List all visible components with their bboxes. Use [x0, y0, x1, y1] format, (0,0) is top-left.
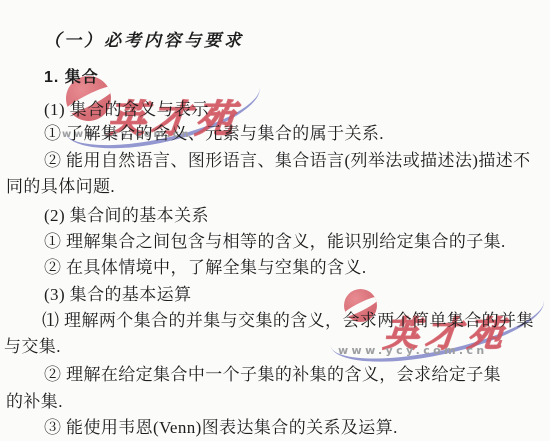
text-line: ② 能用自然语言、图形语言、集合语言(列举法或描述法)描述不	[44, 146, 531, 171]
watermark-url: www.ycy.com.cn	[338, 344, 488, 357]
text-line: ② 理解在给定集合中一个子集的补集的含义，会求给定子集	[44, 360, 501, 385]
text-line: ⑴ 理解两个集合的并集与交集的含义，会求两个简单集合的并集	[42, 306, 534, 331]
topic-title: 1. 集合	[44, 64, 99, 87]
text-line: (2) 集合间的基本关系	[44, 201, 209, 226]
text-line: ② 在具体情境中，了解全集与空集的含义.	[44, 253, 367, 278]
text-line: 同的具体问题.	[6, 172, 115, 197]
text-line: 与交集.	[4, 332, 61, 357]
text-line: ① 了解集合的含义、元素与集合的属于关系.	[44, 119, 384, 144]
text-line: (1) 集合的含义与表示	[44, 95, 209, 120]
text-line: 的补集.	[6, 387, 63, 412]
text-line: ① 理解集合之间包含与相等的含义，能识别给定集合的子集.	[44, 227, 506, 252]
text-line: (3) 集合的基本运算	[44, 280, 191, 305]
section-heading: （一）必考内容与要求	[44, 26, 244, 51]
text-line: ③ 能使用韦恩(Venn)图表达集合的关系及运算.	[44, 413, 398, 438]
document-page: 英才苑 www.ycy.com.cn 英才苑 www.ycy.com.cn （一…	[0, 0, 550, 441]
